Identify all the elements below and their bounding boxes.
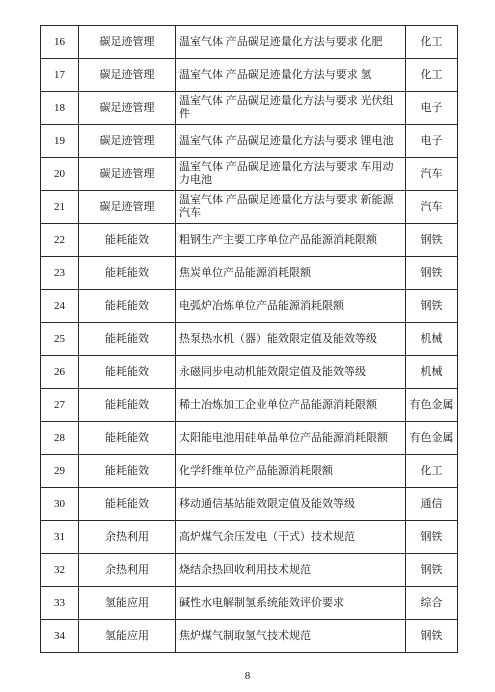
category-cell: 碳足迹管理: [79, 125, 176, 158]
row-number-cell: 23: [41, 257, 79, 290]
category-cell: 能耗能效: [79, 455, 176, 488]
document-page: 16碳足迹管理温室气体 产品碳足迹量化方法与要求 化肥化工17碳足迹管理温室气体…: [0, 0, 495, 692]
table-row: 23能耗能效焦炭单位产品能源消耗限额钢铁: [41, 257, 458, 290]
standard-title-cell: 移动通信基站能效限定值及能效等级: [176, 488, 406, 521]
row-number-cell: 18: [41, 92, 79, 125]
category-cell: 能耗能效: [79, 422, 176, 455]
industry-cell: 钢铁: [406, 257, 458, 290]
industry-cell: 钢铁: [406, 224, 458, 257]
standard-title-cell: 焦炭单位产品能源消耗限额: [176, 257, 406, 290]
category-cell: 碳足迹管理: [79, 26, 176, 59]
table-row: 30能耗能效移动通信基站能效限定值及能效等级通信: [41, 488, 458, 521]
standard-title-cell: 焦炉煤气制取氢气技术规范: [176, 620, 406, 653]
standard-title-cell: 温室气体 产品碳足迹量化方法与要求 锂电池: [176, 125, 406, 158]
standard-title-cell: 永磁同步电动机能效限定值及能效等级: [176, 356, 406, 389]
industry-cell: 钢铁: [406, 620, 458, 653]
row-number-cell: 19: [41, 125, 79, 158]
industry-cell: 钢铁: [406, 554, 458, 587]
category-cell: 碳足迹管理: [79, 92, 176, 125]
standards-table: 16碳足迹管理温室气体 产品碳足迹量化方法与要求 化肥化工17碳足迹管理温室气体…: [40, 25, 458, 653]
category-cell: 能耗能效: [79, 389, 176, 422]
industry-cell: 机械: [406, 356, 458, 389]
category-cell: 碳足迹管理: [79, 158, 176, 191]
table-row: 31余热利用高炉煤气余压发电（干式）技术规范钢铁: [41, 521, 458, 554]
standard-title-cell: 温室气体 产品碳足迹量化方法与要求 氢: [176, 59, 406, 92]
row-number-cell: 27: [41, 389, 79, 422]
table-row: 19碳足迹管理温室气体 产品碳足迹量化方法与要求 锂电池电子: [41, 125, 458, 158]
industry-cell: 有色金属: [406, 422, 458, 455]
table-row: 16碳足迹管理温室气体 产品碳足迹量化方法与要求 化肥化工: [41, 26, 458, 59]
row-number-cell: 21: [41, 191, 79, 224]
table-row: 21碳足迹管理温室气体 产品碳足迹量化方法与要求 新能源汽车汽车: [41, 191, 458, 224]
industry-cell: 化工: [406, 455, 458, 488]
row-number-cell: 32: [41, 554, 79, 587]
industry-cell: 电子: [406, 92, 458, 125]
table-row: 17碳足迹管理温室气体 产品碳足迹量化方法与要求 氢化工: [41, 59, 458, 92]
row-number-cell: 29: [41, 455, 79, 488]
standard-title-cell: 温室气体 产品碳足迹量化方法与要求 光伏组件: [176, 92, 406, 125]
standard-title-cell: 热泵热水机（器）能效限定值及能效等级: [176, 323, 406, 356]
industry-cell: 汽车: [406, 158, 458, 191]
table-row: 24能耗能效电弧炉冶炼单位产品能源消耗限额钢铁: [41, 290, 458, 323]
category-cell: 碳足迹管理: [79, 191, 176, 224]
standard-title-cell: 温室气体 产品碳足迹量化方法与要求 化肥: [176, 26, 406, 59]
category-cell: 氢能应用: [79, 587, 176, 620]
row-number-cell: 26: [41, 356, 79, 389]
industry-cell: 化工: [406, 59, 458, 92]
category-cell: 能耗能效: [79, 290, 176, 323]
category-cell: 能耗能效: [79, 356, 176, 389]
industry-cell: 通信: [406, 488, 458, 521]
industry-cell: 机械: [406, 323, 458, 356]
page-number: 8: [0, 670, 495, 682]
standard-title-cell: 温室气体 产品碳足迹量化方法与要求 车用动力电池: [176, 158, 406, 191]
row-number-cell: 25: [41, 323, 79, 356]
category-cell: 余热利用: [79, 554, 176, 587]
standard-title-cell: 电弧炉冶炼单位产品能源消耗限额: [176, 290, 406, 323]
standard-title-cell: 太阳能电池用硅单晶单位产品能源消耗限额: [176, 422, 406, 455]
category-cell: 能耗能效: [79, 488, 176, 521]
table-row: 27能耗能效稀土冶炼加工企业单位产品能源消耗限额有色金属: [41, 389, 458, 422]
row-number-cell: 20: [41, 158, 79, 191]
table-row: 22能耗能效粗钢生产主要工序单位产品能源消耗限额钢铁: [41, 224, 458, 257]
table-row: 25能耗能效热泵热水机（器）能效限定值及能效等级机械: [41, 323, 458, 356]
industry-cell: 化工: [406, 26, 458, 59]
table-row: 33氢能应用碱性水电解制氢系统能效评价要求综合: [41, 587, 458, 620]
row-number-cell: 28: [41, 422, 79, 455]
category-cell: 能耗能效: [79, 224, 176, 257]
table-row: 26能耗能效永磁同步电动机能效限定值及能效等级机械: [41, 356, 458, 389]
table-row: 18碳足迹管理温室气体 产品碳足迹量化方法与要求 光伏组件电子: [41, 92, 458, 125]
standard-title-cell: 粗钢生产主要工序单位产品能源消耗限额: [176, 224, 406, 257]
standard-title-cell: 高炉煤气余压发电（干式）技术规范: [176, 521, 406, 554]
industry-cell: 电子: [406, 125, 458, 158]
standard-title-cell: 碱性水电解制氢系统能效评价要求: [176, 587, 406, 620]
row-number-cell: 31: [41, 521, 79, 554]
standard-title-cell: 温室气体 产品碳足迹量化方法与要求 新能源汽车: [176, 191, 406, 224]
category-cell: 能耗能效: [79, 323, 176, 356]
table-body: 16碳足迹管理温室气体 产品碳足迹量化方法与要求 化肥化工17碳足迹管理温室气体…: [41, 26, 458, 653]
standard-title-cell: 化学纤维单位产品能源消耗限额: [176, 455, 406, 488]
standard-title-cell: 烧结余热回收利用技术规范: [176, 554, 406, 587]
industry-cell: 综合: [406, 587, 458, 620]
row-number-cell: 30: [41, 488, 79, 521]
row-number-cell: 33: [41, 587, 79, 620]
table-row: 29能耗能效化学纤维单位产品能源消耗限额化工: [41, 455, 458, 488]
industry-cell: 钢铁: [406, 290, 458, 323]
category-cell: 余热利用: [79, 521, 176, 554]
row-number-cell: 24: [41, 290, 79, 323]
category-cell: 能耗能效: [79, 257, 176, 290]
table-row: 28能耗能效太阳能电池用硅单晶单位产品能源消耗限额有色金属: [41, 422, 458, 455]
industry-cell: 汽车: [406, 191, 458, 224]
table-row: 32余热利用烧结余热回收利用技术规范钢铁: [41, 554, 458, 587]
row-number-cell: 22: [41, 224, 79, 257]
row-number-cell: 34: [41, 620, 79, 653]
row-number-cell: 16: [41, 26, 79, 59]
industry-cell: 钢铁: [406, 521, 458, 554]
table-row: 20碳足迹管理温室气体 产品碳足迹量化方法与要求 车用动力电池汽车: [41, 158, 458, 191]
standard-title-cell: 稀土冶炼加工企业单位产品能源消耗限额: [176, 389, 406, 422]
category-cell: 氢能应用: [79, 620, 176, 653]
industry-cell: 有色金属: [406, 389, 458, 422]
table-row: 34氢能应用焦炉煤气制取氢气技术规范钢铁: [41, 620, 458, 653]
row-number-cell: 17: [41, 59, 79, 92]
category-cell: 碳足迹管理: [79, 59, 176, 92]
